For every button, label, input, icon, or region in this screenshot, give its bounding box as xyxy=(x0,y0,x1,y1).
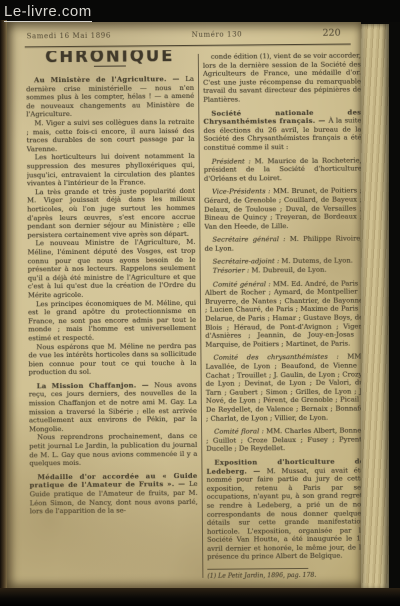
paragraph-lead: Vice-Présidents : xyxy=(212,188,273,197)
section-title: CHRONIQUE xyxy=(26,52,194,62)
paragraph-lead: Médaille d'or accordée au « Guide pratiq… xyxy=(30,472,198,490)
paragraph-lead: Comité général : xyxy=(213,280,273,289)
paragraph: Exposition d'horticulture de Ledeberg. —… xyxy=(206,457,361,561)
paragraph: Médaille d'or accordée au « Guide pratiq… xyxy=(29,472,197,516)
paragraph: Au Ministère de l'Agriculture. — La dern… xyxy=(26,75,194,119)
paragraph: Comité des chrysanthémistes : MM. Lavall… xyxy=(205,353,361,423)
paragraph: Président : M. Maurice de la Rocheterie,… xyxy=(204,156,361,183)
paragraph: Société nationale des Chrysanthémistes f… xyxy=(203,108,361,152)
footnote: (1) Le Petit Jardin, 1896, pag. 178. xyxy=(207,571,361,581)
paragraph-lead: Au Ministère de l'Agriculture. — xyxy=(34,75,185,84)
paragraph-lead: Exposition d'horticulture de Ledeberg. — xyxy=(206,457,361,475)
right-column-paragraphs: conde édition (1), vient de se voir acco… xyxy=(203,51,361,561)
paragraph: conde édition (1), vient de se voir acco… xyxy=(203,51,361,104)
le-livre-watermark: Le-livre.com xyxy=(4,2,92,22)
scan-background-bottom xyxy=(0,588,400,606)
paragraph-lead: Secrétaire-adjoint : xyxy=(213,258,282,267)
issue-date: Samedi 16 Mai 1896 xyxy=(27,32,111,41)
paragraph-lead: Société nationale des Chrysanthémistes f… xyxy=(203,108,361,126)
paragraph: Comité floral : MM. Charles Albert, Bonn… xyxy=(206,427,361,454)
paragraph: La Mission Chaffanjon. — Nous avons reçu… xyxy=(29,381,197,434)
page-stack-edge xyxy=(361,24,389,590)
scanned-book-page: Le-livre.com Samedi 16 Mai 1896 Numéro 1… xyxy=(0,0,400,606)
paragraph: Comité général : MM. Ed. André, de Paris… xyxy=(205,279,361,349)
paragraph-lead: Comité floral : xyxy=(214,427,266,435)
paragraph-lead: Trésorier : xyxy=(213,266,252,274)
footnote-rule xyxy=(207,568,308,570)
paragraph: Secrétaire général : M. Philippe Rivoire… xyxy=(204,235,361,254)
journal-page: Samedi 16 Mai 1896 Numéro 130 220 CHRONI… xyxy=(7,22,361,588)
paragraph: Le nouveau Ministre de l'Agriculture, M.… xyxy=(27,238,196,300)
left-column: CHRONIQUE Au Ministère de l'Agriculture.… xyxy=(26,50,199,583)
paragraph-lead: Comité des chrysanthémistes : xyxy=(213,353,347,362)
paragraph: La très grande et très juste popularité … xyxy=(27,187,195,240)
left-column-paragraphs: Au Ministère de l'Agriculture. — La dern… xyxy=(26,75,198,516)
paragraph: Nous espérons que M. Méline ne perdra pa… xyxy=(28,341,196,377)
paragraph: Trésorier : M. Dubreuil, de Lyon. xyxy=(205,266,361,276)
book-binding-edge xyxy=(0,20,7,592)
issue-number: Numéro 130 xyxy=(192,30,243,38)
header-rule xyxy=(25,44,351,48)
paragraph: Les principes économiques de M. Méline, … xyxy=(28,298,196,342)
paragraph: M. Viger a suivi ses collègues dans la r… xyxy=(26,118,194,154)
paragraph-lead: La Mission Chaffanjon. — xyxy=(37,381,155,390)
page-content: Samedi 16 Mai 1896 Numéro 130 220 CHRONI… xyxy=(7,22,361,588)
paragraph: Vice-Présidents : MM. Brunet, de Poitier… xyxy=(204,187,361,231)
running-head: Samedi 16 Mai 1896 Numéro 130 220 xyxy=(27,28,347,43)
paragraph: Nous reprendrons prochainement, dans ce … xyxy=(29,432,197,468)
paragraph-lead: Secrétaire général : xyxy=(212,235,289,244)
page-number: 220 xyxy=(322,28,340,39)
paragraph: Les horticulteurs lui doivent notamment … xyxy=(27,152,195,188)
right-column: conde édition (1), vient de se voir acco… xyxy=(203,51,361,582)
paragraph-lead: Président : xyxy=(212,157,255,165)
